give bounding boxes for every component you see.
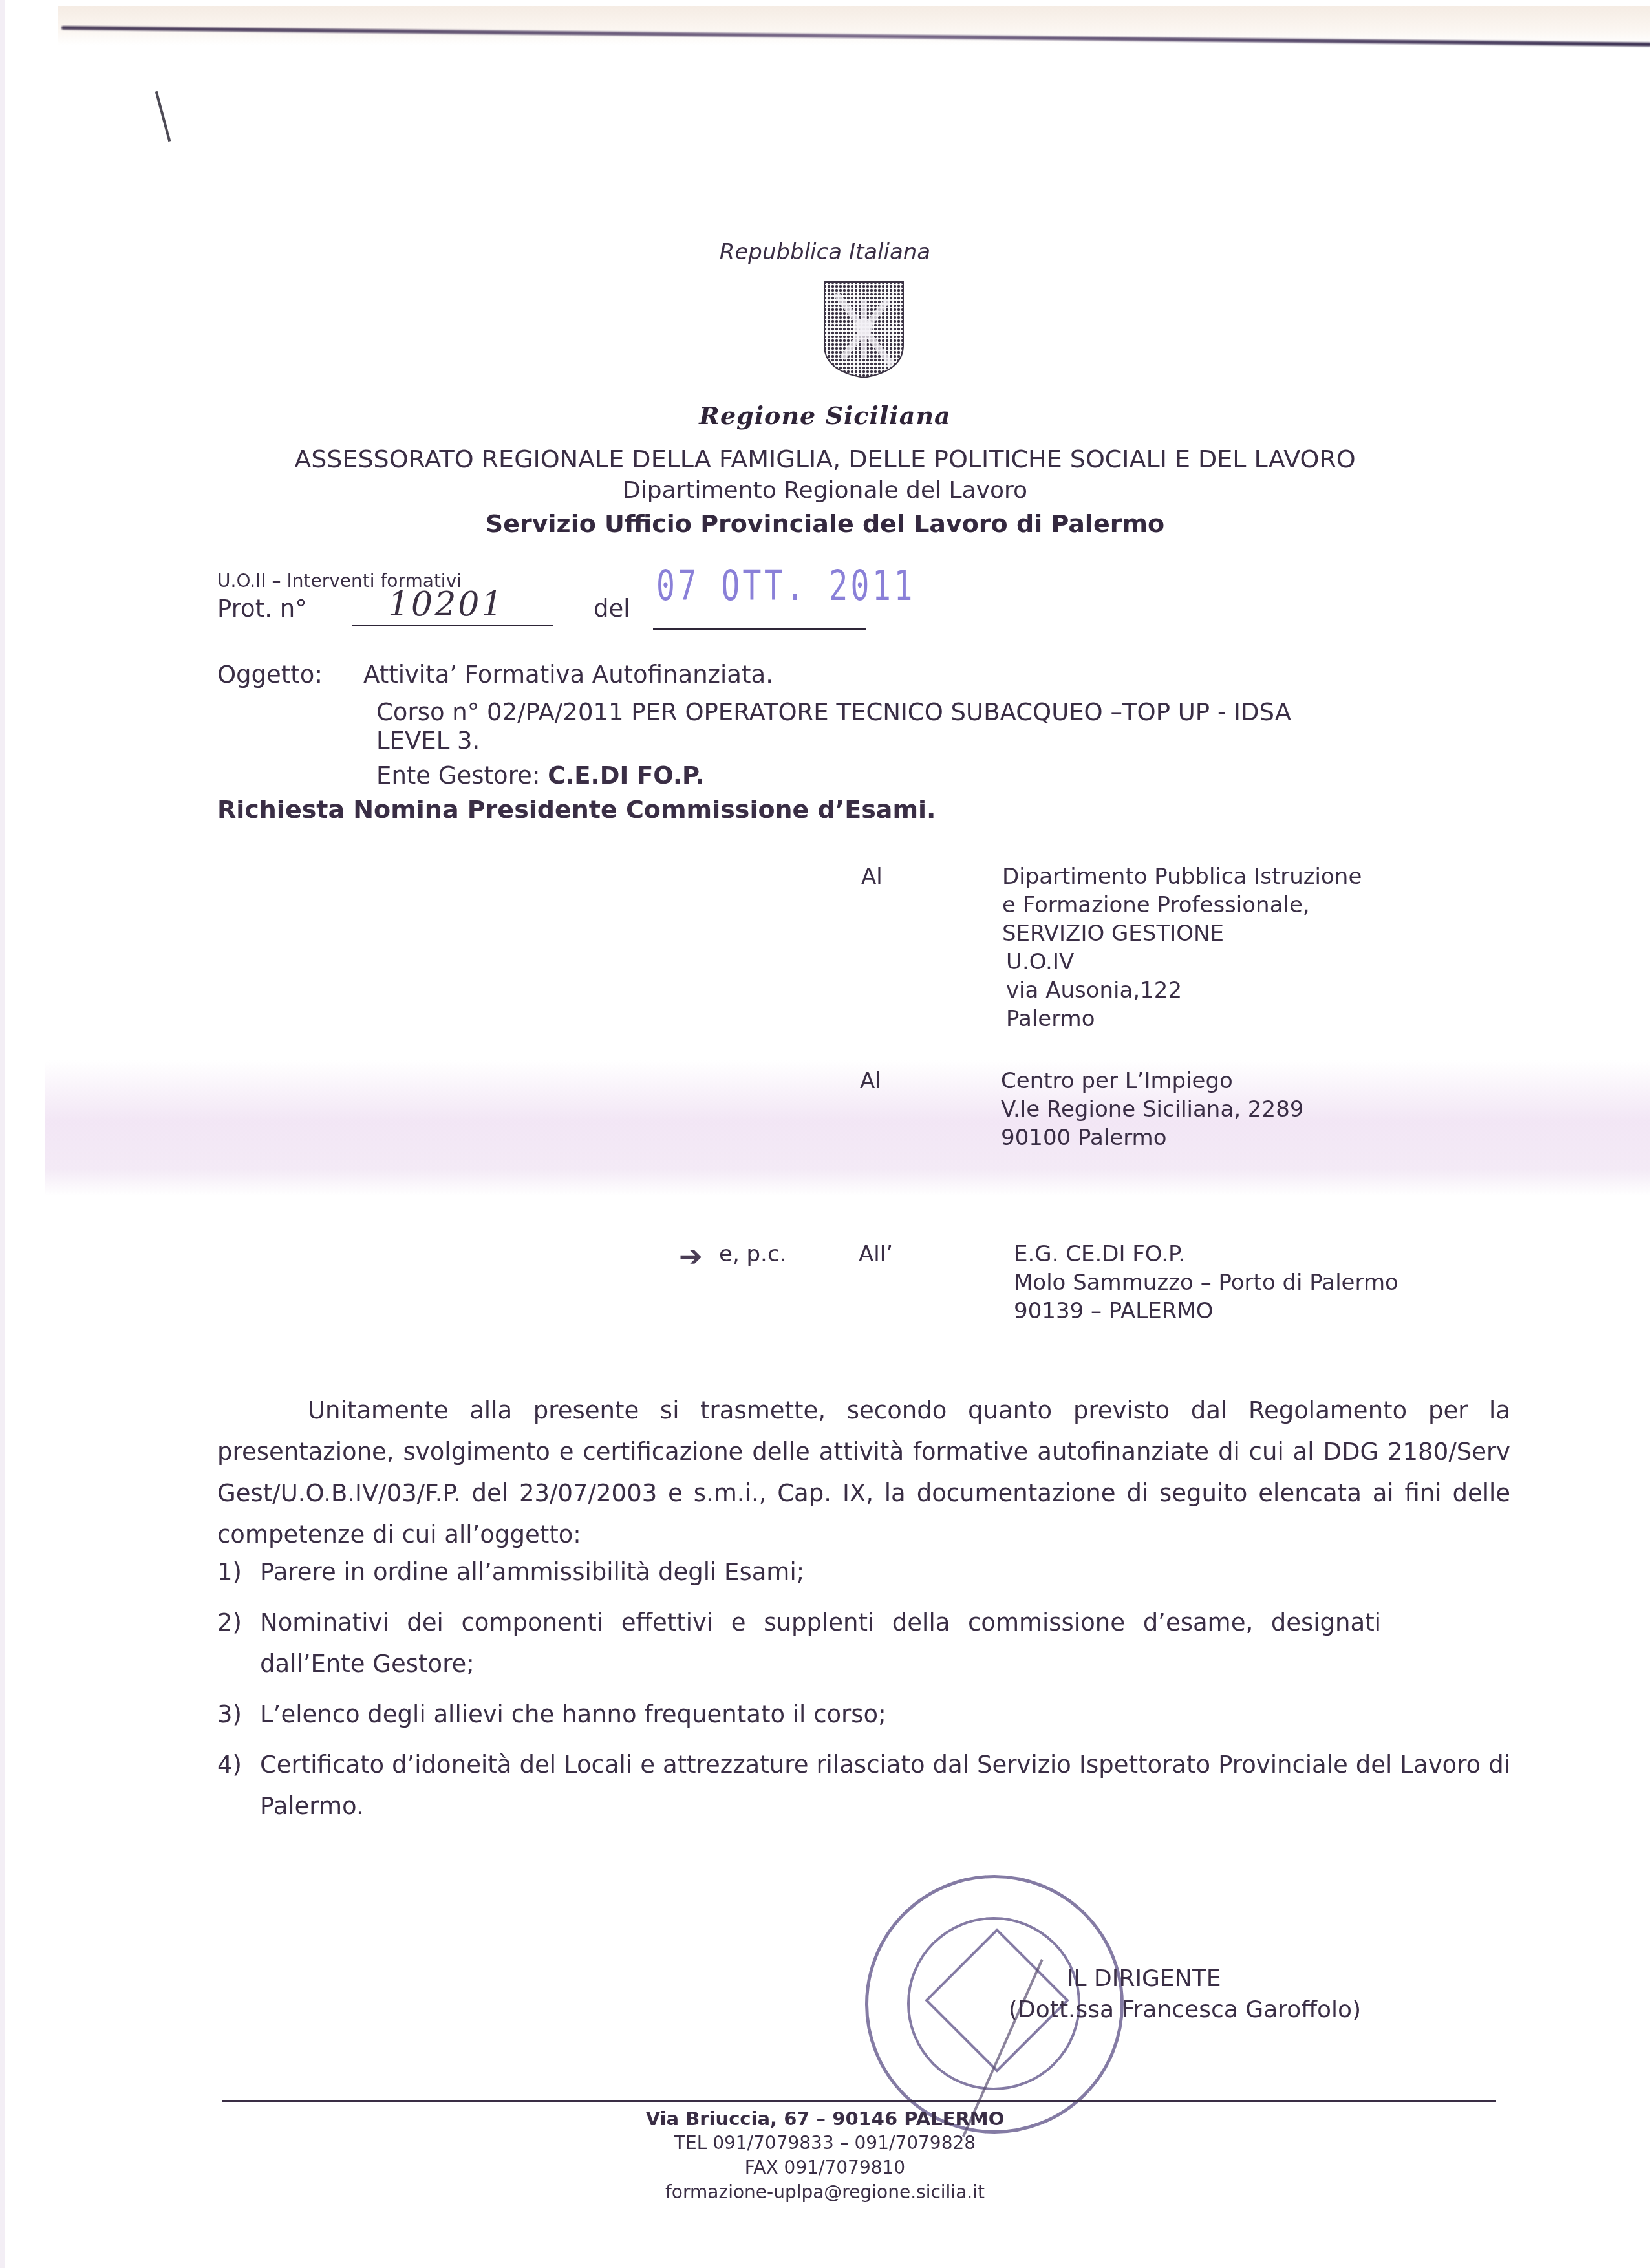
address-line: 90100 Palermo [1001,1124,1303,1152]
recipient-2-prefix: Al [860,1067,881,1095]
region-heading: Regione Siciliana [0,401,1650,430]
republic-heading: Repubblica Italiana [0,239,1650,265]
list-item: 4) Certificato d’idoneità del Locali e a… [217,1744,1510,1827]
address-line: 90139 – PALERMO [1014,1297,1398,1325]
list-text: L’elenco degli allievi che hanno frequen… [260,1694,1510,1735]
list-text: Certificato d’idoneità del Locali e attr… [260,1744,1510,1827]
body-paragraph: Unitamente alla presente si trasmette, s… [217,1390,1510,1556]
list-item: 1) Parere in ordine all’ammissibilità de… [217,1552,1510,1593]
address-line: via Ausonia,122 [1002,976,1362,1005]
address-line: e Formazione Professionale, [1002,891,1362,919]
recipient-2-address: Centro per L’Impiego V.le Regione Sicili… [1001,1067,1303,1152]
recipient-1-address: Dipartimento Pubblica Istruzione e Forma… [1002,862,1362,1033]
signatory-title: IL DIRIGENTE [1067,1965,1221,1992]
address-line: Palermo [1002,1005,1362,1033]
subject-line-2: Corso n° 02/PA/2011 PER OPERATORE TECNIC… [376,698,1291,726]
address-line: Dipartimento Pubblica Istruzione [1002,862,1362,891]
date-stamp: 07 OTT. 2011 [656,562,916,610]
scan-left-edge [0,0,5,2268]
sicily-coat-of-arms-icon [823,281,905,379]
recipient-1-prefix: Al [861,862,883,891]
list-text: Nominativi dei componenti effettivi e su… [260,1602,1510,1685]
subject-label: Oggetto: [217,661,323,689]
footer-email: formazione-uplpa@regione.sicilia.it [0,2181,1650,2203]
list-item: 3) L’elenco degli allievi che hanno freq… [217,1694,1510,1735]
paper-fold-shadow [45,1060,1650,1196]
document-list: 1) Parere in ordine all’ammissibilità de… [217,1552,1510,1836]
footer-address: Via Briuccia, 67 – 90146 PALERMO [0,2108,1650,2130]
recipient-3-address: E.G. CE.DI FO.P. Molo Sammuzzo – Porto d… [1014,1240,1398,1325]
list-number: 3) [217,1694,260,1735]
footer-tel: TEL 091/7079833 – 091/7079828 [0,2132,1650,2154]
address-line: E.G. CE.DI FO.P. [1014,1240,1398,1268]
servizio-heading: Servizio Ufficio Provinciale del Lavoro … [0,509,1650,538]
address-line: SERVIZIO GESTIONE [1002,919,1362,948]
assessorato-heading: ASSESSORATO REGIONALE DELLA FAMIGLIA, DE… [0,445,1650,473]
footer-fax: FAX 091/7079810 [0,2157,1650,2178]
subject-line-3: LEVEL 3. [376,727,480,754]
ente-label: Ente Gestore: [376,762,540,789]
date-label: del [594,595,630,623]
cc-label: e, p.c. [719,1240,786,1268]
list-number: 2) [217,1602,260,1685]
list-item: 2) Nominativi dei componenti effettivi e… [217,1602,1510,1685]
address-line: Centro per L’Impiego [1001,1067,1303,1095]
handwritten-arrow-icon: ➔ [679,1240,703,1273]
list-number: 1) [217,1552,260,1593]
dipartimento-heading: Dipartimento Regionale del Lavoro [0,477,1650,504]
protocol-label: Prot. n° [217,595,307,623]
request-heading: Richiesta Nomina Presidente Commissione … [217,795,936,824]
pencil-mark [155,91,171,142]
address-line: U.O.IV [1002,948,1362,976]
address-line: V.le Regione Siciliana, 2289 [1001,1095,1303,1124]
subject-ente-gestore: Ente Gestore: C.E.DI FO.P. [376,762,704,789]
signatory-name: (Dott.ssa Francesca Garoffolo) [1009,1996,1361,2023]
subject-line-1: Attivita’ Formativa Autofinanziata. [363,661,773,689]
list-number: 4) [217,1744,260,1827]
footer-divider [222,2100,1496,2102]
ente-value: C.E.DI FO.P. [548,762,704,789]
protocol-number: 10201 [388,585,504,624]
list-text: Parere in ordine all’ammissibilità degli… [260,1552,1510,1593]
date-line [653,628,866,630]
protocol-number-line [352,625,553,626]
recipient-3-prefix: All’ [859,1240,893,1268]
address-line: Molo Sammuzzo – Porto di Palermo [1014,1268,1398,1297]
